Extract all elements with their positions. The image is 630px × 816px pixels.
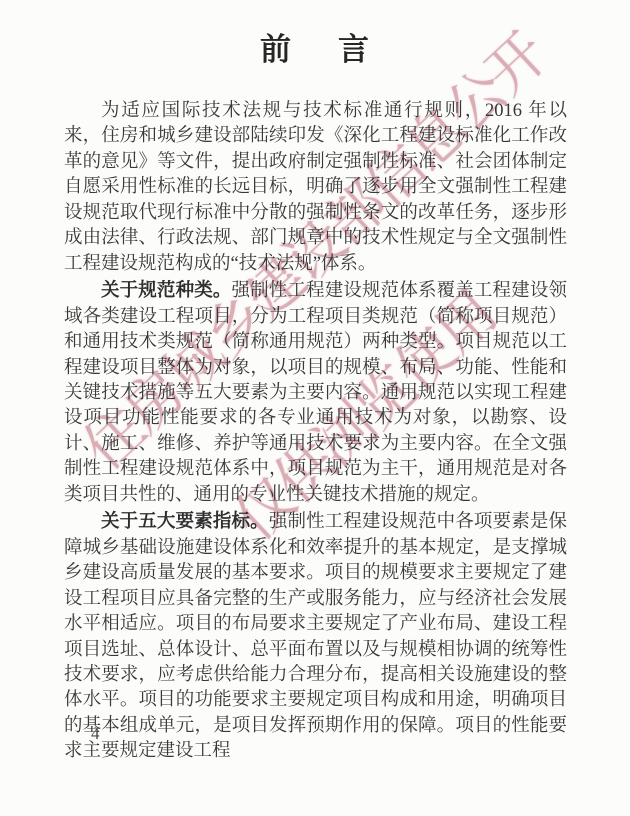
paragraph-five-elements-lead: 关于五大要素指标。 [101, 510, 269, 531]
paragraph-norm-types-text: 强制性工程建设规范体系覆盖工程建设领域各类建设工程项目，分为工程项目类规范（简称… [64, 281, 567, 505]
paragraph-intro-text: 为适应国际技术法规与技术标准通行规则，2016 年以来，住房和城乡建设部陆续印发… [64, 101, 567, 274]
paragraph-norm-types-lead: 关于规范种类。 [101, 279, 232, 300]
paragraph-five-elements-text: 强制性工程建设规范中各项要素是保障城乡基础设施建设体系化和效率提升的基本规定，是… [64, 512, 567, 761]
page-title-char-2: 言 [338, 32, 370, 67]
paragraph-norm-types: 关于规范种类。强制性工程建设规范体系覆盖工程建设领域各类建设工程项目，分为工程项… [64, 277, 567, 508]
page-title: 前言 [0, 24, 630, 69]
page-number: 4 [91, 724, 100, 744]
body-text-block: 为适应国际技术法规与技术标准通行规则，2016 年以来，住房和城乡建设部陆续印发… [64, 99, 567, 765]
paragraph-intro: 为适应国际技术法规与技术标准通行规则，2016 年以来，住房和城乡建设部陆续印发… [64, 99, 567, 277]
page-title-char-1: 前 [260, 32, 292, 67]
document-page: 住房城乡建设部信息公开 仅供浏览使用 前言 为适应国际技术法规与技术标准通行规则… [0, 0, 630, 816]
paragraph-five-elements: 关于五大要素指标。强制性工程建设规范中各项要素是保障城乡基础设施建设体系化和效率… [64, 508, 567, 765]
